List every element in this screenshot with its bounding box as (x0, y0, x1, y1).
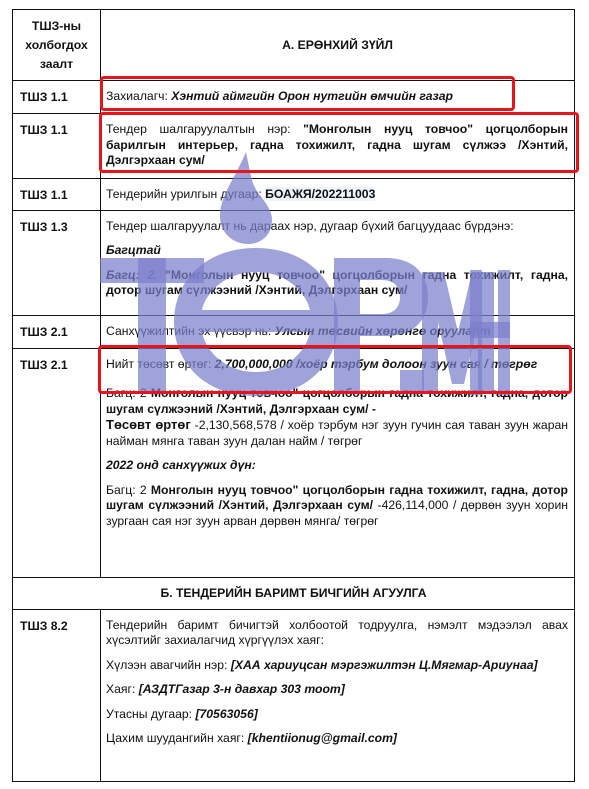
invitation-number-value: БОАЖЯ/202211003 (265, 187, 375, 201)
procuring-entity-cell: Захиалагч: Хэнтий аймгийн Орон нутгийн ө… (101, 81, 575, 114)
phone-value: [70563056] (195, 707, 257, 721)
field-label: Санхүүжилтийн эх үүсвэр нь: (106, 324, 275, 338)
funding-source-cell: Санхүүжилтийн эх үүсвэр нь: Улсын төсвий… (101, 315, 575, 348)
budget-label: Төсөвт өртөг (106, 417, 191, 432)
total-budget-value: 2,700,000,000 /хоёр тэрбум долоон зуун с… (215, 357, 538, 371)
table-row: ТШЗ 8.2 Тендерийн баримт бичигтэй холбоо… (13, 609, 575, 781)
lot-prefix: Багц: 2 (106, 483, 151, 497)
field-label: Хаяг: (106, 682, 139, 696)
field-label: Утасны дугаар: (106, 707, 195, 721)
funding-amount: -426,114,000 / (373, 498, 461, 512)
email-value: [khentiionug@gmail.com] (248, 731, 397, 745)
row-ref: ТШЗ 2.1 (13, 348, 101, 577)
field-label: Хүлээн авагчийн нэр: (106, 658, 231, 672)
section-b-title: Б. ТЕНДЕРИЙН БАРИМТ БИЧГИЙН АГУУЛГА (13, 577, 575, 609)
table-header-row: ТШЗ-ны холбогдох заалт А. ЕРӨНХИЙ ЗҮЙЛ (13, 10, 575, 81)
funding-source-value: Улсын төсвийн хөрөнгө оруулалт (275, 324, 491, 338)
header-ref-line-3: заалт (40, 57, 73, 71)
lots-type: Багцтай (106, 243, 568, 259)
header-ref-column: ТШЗ-ны холбогдох заалт (13, 10, 101, 81)
field-label: Нийт төсөвт өртөг: (106, 357, 215, 371)
row-ref: ТШЗ 1.3 (13, 210, 101, 315)
lot-name: Монголын нууц товчоо" цогцолборын гадна … (106, 386, 568, 416)
lots-cell: Тендер шалгаруулалт нь дараах нэр, дугаа… (101, 210, 575, 315)
header-ref-line-1: ТШЗ-ны (32, 19, 81, 33)
contact-intro: Тендерийн баримт бичигтэй холбоотой тодр… (106, 618, 568, 649)
table-row: ТШЗ 2.1 Санхүүжилтийн эх үүсвэр нь: Улсы… (13, 315, 575, 348)
contact-cell: Тендерийн баримт бичигтэй холбоотой тодр… (101, 609, 575, 781)
lot-label: Багц: 2. (106, 268, 165, 282)
field-label: Тендерийн урилгын дугаар: (106, 187, 265, 201)
tender-document: ТШЗ-ны холбогдох заалт А. ЕРӨНХИЙ ЗҮЙЛ Т… (12, 9, 574, 782)
table-row: ТШЗ 2.1 Нийт төсөвт өртөг: 2,700,000,000… (13, 348, 575, 577)
invitation-number-cell: Тендерийн урилгын дугаар: БОАЖЯ/20221100… (101, 179, 575, 211)
row-ref: ТШЗ 1.1 (13, 81, 101, 114)
table-row: ТШЗ 1.1 Захиалагч: Хэнтий аймгийн Орон н… (13, 81, 575, 114)
row-ref: ТШЗ 2.1 (13, 315, 101, 348)
field-label: Тендер шалгаруулалтын нэр: (106, 122, 303, 136)
row-ref: ТШЗ 1.1 (13, 179, 101, 211)
tender-data-sheet-table: ТШЗ-ны холбогдох заалт А. ЕРӨНХИЙ ЗҮЙЛ Т… (12, 9, 575, 782)
section-a-title: А. ЕРӨНХИЙ ЗҮЙЛ (101, 10, 575, 81)
year-funding-label: 2022 онд санхүүжих дүн: (106, 458, 568, 474)
table-row: ТШЗ 1.3 Тендер шалгаруулалт нь дараах нэ… (13, 210, 575, 315)
field-label: Захиалагч: (106, 89, 171, 103)
lot-text: "Монголын нууц товчоо" цогцолборын гадна… (106, 268, 568, 298)
row-ref: ТШЗ 8.2 (13, 609, 101, 781)
header-ref-line-2: холбогдох (25, 38, 87, 52)
row-ref: ТШЗ 1.1 (13, 114, 101, 179)
budget-cell: Нийт төсөвт өртөг: 2,700,000,000 /хоёр т… (101, 348, 575, 577)
contact-name-value: [ХАА хариуцсан мэргэжилтэн Ц.Мягмар-Ариу… (231, 658, 538, 672)
tender-name-cell: Тендер шалгаруулалтын нэр: "Монголын нуу… (101, 114, 575, 179)
procuring-entity-value: Хэнтий аймгийн Орон нутгийн өмчийн газар (171, 89, 453, 103)
lots-intro: Тендер шалгаруулалт нь дараах нэр, дугаа… (106, 219, 568, 235)
section-b-row: Б. ТЕНДЕРИЙН БАРИМТ БИЧГИЙН АГУУЛГА (13, 577, 575, 609)
field-label: Цахим шуудангийн хаяг: (106, 731, 248, 745)
table-row: ТШЗ 1.1 Тендерийн урилгын дугаар: БОАЖЯ/… (13, 179, 575, 211)
table-row: ТШЗ 1.1 Тендер шалгаруулалтын нэр: "Монг… (13, 114, 575, 179)
address-value: [АЗДТГазар 3-н давхар 303 тоот] (139, 682, 345, 696)
lot-prefix: Багц: 2 (106, 386, 151, 400)
